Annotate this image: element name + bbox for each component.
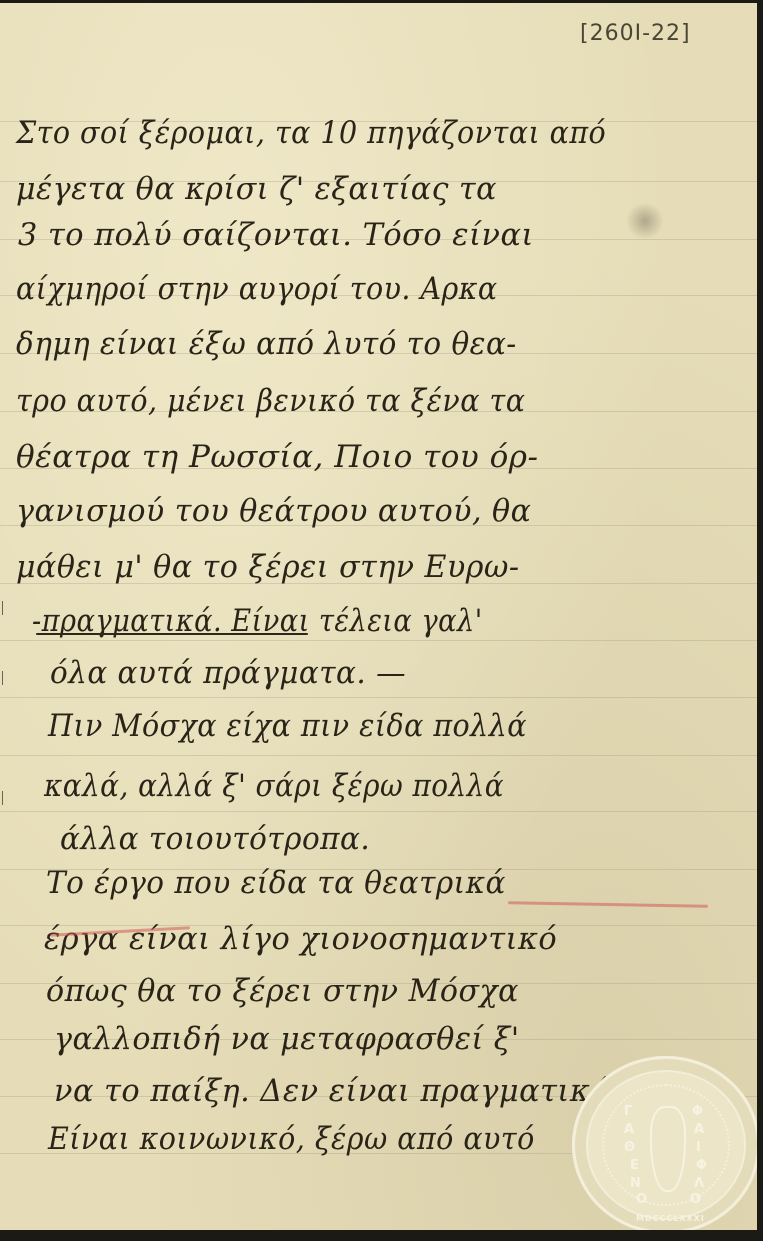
- handwritten-line: να το παίξη. Δεν είναι πραγματικό-: [54, 1073, 620, 1109]
- margin-mark: [2, 601, 3, 615]
- seal-letter: Λ: [694, 1176, 704, 1191]
- seal-letter: Ι: [696, 1140, 701, 1155]
- margin-mark: [2, 671, 3, 685]
- handwritten-line: θέατρα τη Ρωσσία, Ποιο του όρ-: [16, 439, 538, 475]
- handwritten-line: αίχμηροί στην αυγορί του. Αρκα: [16, 271, 498, 307]
- margin-mark: [2, 791, 3, 805]
- handwritten-line: Στο σοί ξέρομαι, τα 10 πηγάζονται από: [16, 115, 606, 151]
- handwritten-line: μέγετα θα κρίσι ζ' εξαιτίας τα: [16, 171, 497, 207]
- seal-letter: Α: [694, 1122, 704, 1137]
- handwritten-line: άλλα τοιουτότροπα.: [60, 821, 370, 857]
- seal-year: MDCCCLXXXI: [636, 1214, 705, 1223]
- seal-letter: Φ: [692, 1104, 703, 1119]
- seal-letter: Ν: [630, 1176, 641, 1191]
- seal-letter: Α: [624, 1122, 634, 1137]
- red-pencil-mark: [508, 901, 708, 907]
- seal-letter: Φ: [696, 1158, 707, 1173]
- handwritten-line: έργα είναι λίγο χιονοσημαντικό: [44, 921, 557, 957]
- seal-letter: Ε: [630, 1158, 639, 1173]
- handwritten-line: Πιν Μόσχα είχα πιν είδα πολλά: [48, 708, 527, 744]
- handwritten-line: Το έργο που είδα τα θεατρικά: [46, 865, 506, 901]
- seal-letter: Ο: [636, 1192, 647, 1207]
- handwritten-line: όλα αυτά πράγματα. —: [50, 655, 406, 691]
- archive-reference: [260Ι-22]: [580, 21, 691, 46]
- handwritten-line: Είναι κοινωνικό, ξέρω από αυτό: [48, 1121, 535, 1157]
- handwritten-line: γαλλοπιδή να μεταφρασθεί ξ': [54, 1021, 520, 1057]
- handwritten-line: καλά, αλλά ξ' σάρι ξέρω πολλά: [44, 768, 504, 804]
- seal-letter: Γ: [624, 1104, 632, 1119]
- seal-letter: Θ: [624, 1140, 635, 1155]
- underline-stroke: [36, 633, 308, 635]
- handwritten-line: τρο αυτό, μένει βενικό τα ξένα τα: [16, 383, 525, 419]
- ink-smudge: [625, 203, 665, 239]
- handwritten-line: γανισμού του θεάτρου αυτού, θα: [16, 493, 531, 529]
- handwritten-line: δημη είναι έξω από λυτό το θεα-: [16, 326, 517, 362]
- ruled-line: [0, 755, 757, 756]
- ruled-line: [0, 640, 757, 641]
- handwritten-line: όπως θα το ξέρει στην Μόσχα: [46, 973, 519, 1009]
- handwritten-line: μάθει μ' θα το ξέρει στην Ευρω-: [16, 549, 520, 585]
- handwritten-line: 3 το πολύ σαίζονται. Τόσο είναι: [18, 217, 534, 253]
- embossed-seal: Γ Α Θ Ε Ν Ο Φ Α Ι Φ Λ Ο MDCCCLXXXI: [572, 1056, 757, 1230]
- seal-letter: Ο: [690, 1192, 701, 1207]
- ruled-line: [0, 697, 757, 698]
- manuscript-page: [260Ι-22] Στο σοί ξέρομαι, τα 10 πηγάζον…: [0, 3, 757, 1230]
- ruled-line: [0, 811, 757, 812]
